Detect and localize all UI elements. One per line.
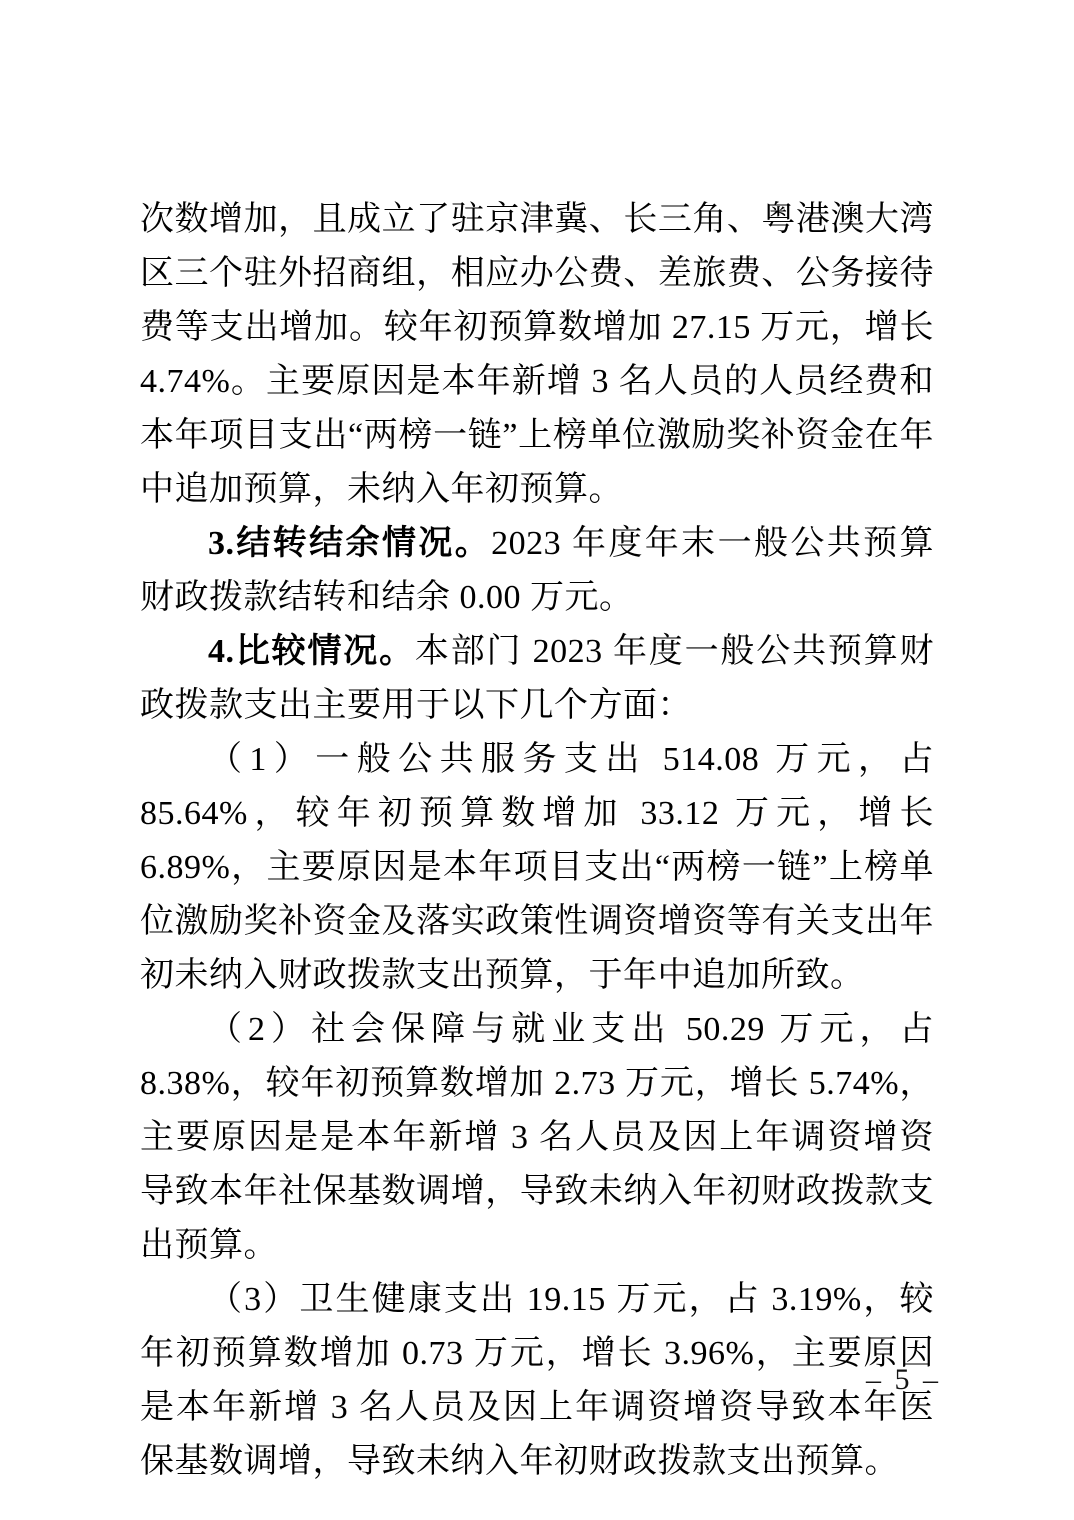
section-3-heading: 3.结转结余情况。: [208, 525, 491, 562]
paragraph-section-3: 3.结转结余情况。2023 年度年末一般公共预算财政拨款结转和结余 0.00 万…: [140, 517, 934, 625]
paragraph-text: （1）一般公共服务支出 514.08 万元，占 85.64%，较年初预算数增加 …: [140, 741, 934, 994]
section-4-heading: 4.比较情况。: [208, 633, 415, 670]
paragraph-text: 次数增加，且成立了驻京津冀、长三角、粤港澳大湾区三个驻外招商组，相应办公费、差旅…: [140, 201, 934, 508]
document-body: 次数增加，且成立了驻京津冀、长三角、粤港澳大湾区三个驻外招商组，相应办公费、差旅…: [140, 193, 934, 1489]
paragraph-item-2: （2）社会保障与就业支出 50.29 万元，占 8.38%，较年初预算数增加 2…: [140, 1003, 934, 1273]
document-page: 次数增加，且成立了驻京津冀、长三角、粤港澳大湾区三个驻外招商组，相应办公费、差旅…: [0, 0, 1074, 1520]
paragraph-text: （2）社会保障与就业支出 50.29 万元，占 8.38%，较年初预算数增加 2…: [140, 1011, 934, 1264]
paragraph-item-3: （3）卫生健康支出 19.15 万元，占 3.19%，较年初预算数增加 0.73…: [140, 1273, 934, 1489]
page-number: – 5 –: [866, 1362, 941, 1398]
paragraph-continuation: 次数增加，且成立了驻京津冀、长三角、粤港澳大湾区三个驻外招商组，相应办公费、差旅…: [140, 193, 934, 517]
paragraph-item-1: （1）一般公共服务支出 514.08 万元，占 85.64%，较年初预算数增加 …: [140, 733, 934, 1003]
paragraph-text: （3）卫生健康支出 19.15 万元，占 3.19%，较年初预算数增加 0.73…: [140, 1281, 934, 1480]
paragraph-section-4: 4.比较情况。本部门 2023 年度一般公共预算财政拨款支出主要用于以下几个方面…: [140, 625, 934, 733]
